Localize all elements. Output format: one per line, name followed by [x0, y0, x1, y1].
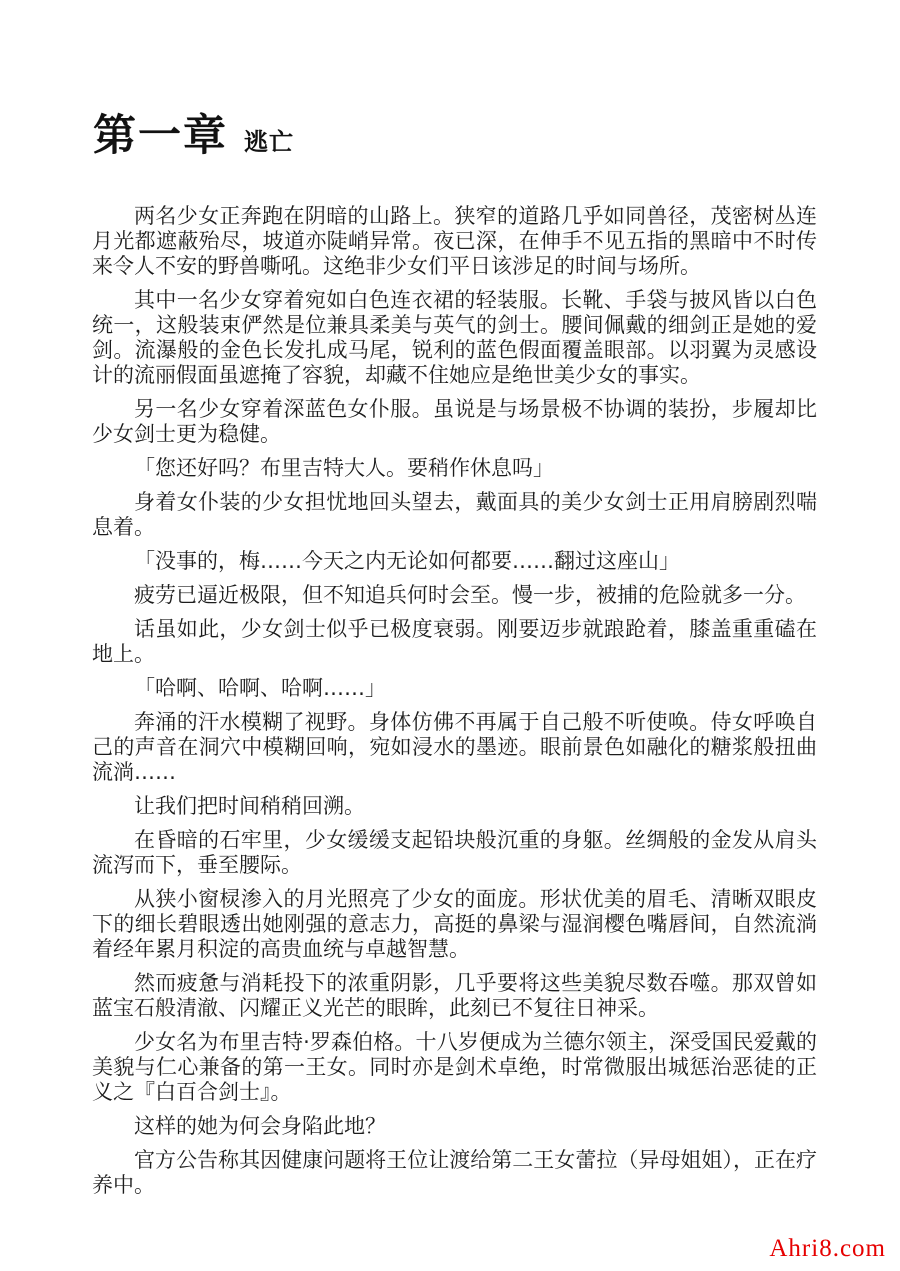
- paragraph: 奔涌的汗水模糊了视野。身体仿佛不再属于自己般不听使唤。侍女呼唤自己的声音在洞穴中…: [92, 710, 817, 785]
- paragraph: 两名少女正奔跑在阴暗的山路上。狭窄的道路几乎如同兽径，茂密树丛连月光都遮蔽殆尽，…: [92, 204, 817, 279]
- paragraph: 「您还好吗？布里吉特大人。要稍作休息吗」: [92, 456, 817, 481]
- paragraph: 另一名少女穿着深蓝色女仆服。虽说是与场景极不协调的装扮，步履却比少女剑士更为稳健…: [92, 397, 817, 447]
- paragraph: 让我们把时间稍稍回溯。: [92, 794, 817, 819]
- paragraph: 「没事的，梅……今天之内无论如何都要……翻过这座山」: [92, 549, 817, 574]
- chapter-heading: 第一章 逃亡: [93, 112, 294, 161]
- chapter-subtitle: 逃亡: [244, 122, 294, 157]
- watermark: Ahri8.com: [769, 1235, 886, 1263]
- paragraph: 官方公告称其因健康问题将王位让渡给第二王女蕾拉（异母姐姐），正在疗养中。: [92, 1148, 817, 1198]
- document-page: 第一章 逃亡 两名少女正奔跑在阴暗的山路上。狭窄的道路几乎如同兽径，茂密树丛连月…: [0, 0, 900, 1271]
- paragraph: 从狭小窗棂渗入的月光照亮了少女的面庞。形状优美的眉毛、清晰双眼皮下的细长碧眼透出…: [92, 887, 817, 962]
- paragraph: 话虽如此，少女剑士似乎已极度衰弱。刚要迈步就踉跄着，膝盖重重磕在地上。: [92, 617, 817, 667]
- body-text: 两名少女正奔跑在阴暗的山路上。狭窄的道路几乎如同兽径，茂密树丛连月光都遮蔽殆尽，…: [92, 204, 817, 1207]
- paragraph: 少女名为布里吉特·罗森伯格。十八岁便成为兰德尔领主，深受国民爱戴的美貌与仁心兼备…: [92, 1030, 817, 1105]
- paragraph: 疲劳已逼近极限，但不知追兵何时会至。慢一步，被捕的危险就多一分。: [92, 583, 817, 608]
- paragraph: 在昏暗的石牢里，少女缓缓支起铅块般沉重的身躯。丝绸般的金发从肩头流泻而下，垂至腰…: [92, 828, 817, 878]
- paragraph: 「哈啊、哈啊、哈啊……」: [92, 676, 817, 701]
- paragraph: 身着女仆装的少女担忧地回头望去，戴面具的美少女剑士正用肩膀剧烈喘息着。: [92, 490, 817, 540]
- paragraph: 这样的她为何会身陷此地？: [92, 1114, 817, 1139]
- paragraph: 然而疲惫与消耗投下的浓重阴影，几乎要将这些美貌尽数吞噬。那双曾如蓝宝石般清澈、闪…: [92, 971, 817, 1021]
- paragraph: 其中一名少女穿着宛如白色连衣裙的轻装服。长靴、手袋与披风皆以白色统一，这般装束俨…: [92, 288, 817, 388]
- chapter-title: 第一章: [93, 112, 228, 161]
